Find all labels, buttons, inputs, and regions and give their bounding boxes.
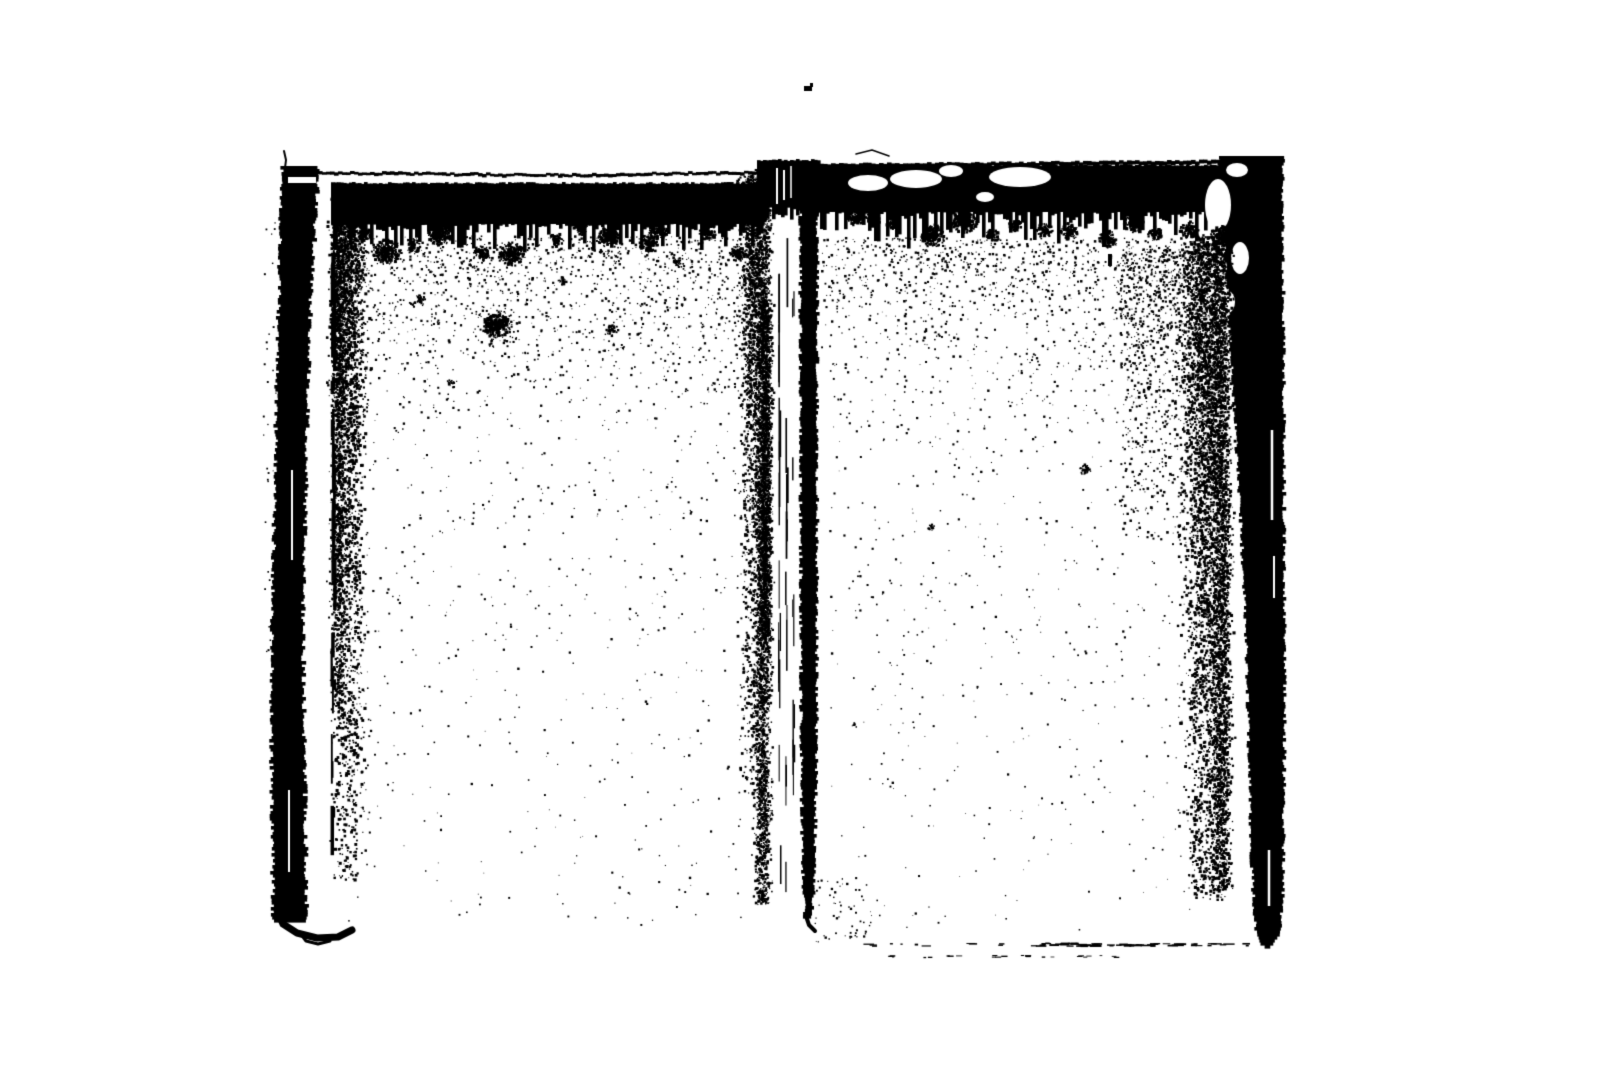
scanned-book-spread — [0, 0, 1600, 1078]
book-scan-canvas — [0, 0, 1600, 1078]
